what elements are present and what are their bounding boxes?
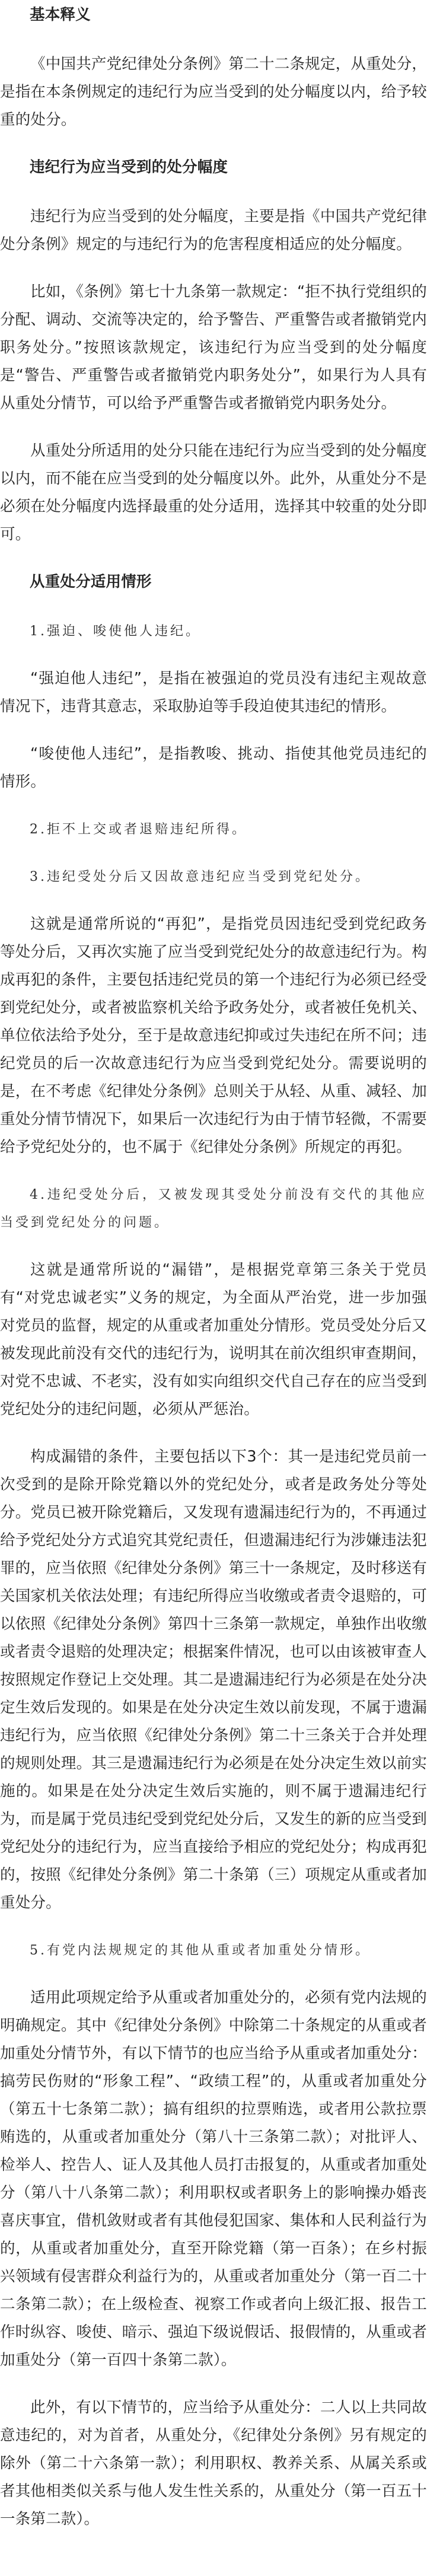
paragraph: 此外，有以下情节的，应当给予从重处分：二人以上共同故意违纪的，对为首者，从重处分… bbox=[0, 2394, 427, 2533]
numbered-item-3: 3.违纪受处分后又因故意违纪应当受到党纪处分。 bbox=[0, 863, 427, 891]
paragraph: “唆使他人违纪”，是指教唆、挑动、指使其他党员违纪的情形。 bbox=[0, 740, 427, 796]
paragraph: 这就是通常所说的“漏错”，是根据党章第三条关于党员有“对党忠诚老实”义务的规定，… bbox=[0, 1256, 427, 1424]
numbered-item-1: 1.强迫、唆使他人违纪。 bbox=[0, 617, 427, 645]
paragraph: 从重处分所适用的处分只能在违纪行为应当受到的处分幅度以内，而不能在应当受到的处分… bbox=[0, 437, 427, 549]
paragraph: 比如，《条例》第七十九条第一款规定：“拒不执行党组织的分配、调动、交流等决定的，… bbox=[0, 278, 427, 418]
paragraph: 这就是通常所说的“再犯”，是指党员因违纪受到党纪政务等处分后，又再次实施了应当受… bbox=[0, 910, 427, 1161]
paragraph: 构成漏错的条件，主要包括以下3个：其一是违纪党员前一次受到的是除开除党籍以外的党… bbox=[0, 1443, 427, 1917]
numbered-item-2: 2.拒不上交或者退赔违纪所得。 bbox=[0, 816, 427, 843]
section-heading-penalty-range: 违纪行为应当受到的处分幅度 bbox=[0, 154, 427, 182]
article: 基本释义 《中国共产党纪律处分条例》第二十二条规定，从重处分，是指在本条例规定的… bbox=[0, 1, 427, 2533]
paragraph: “强迫他人违纪”，是指在被强迫的党员没有违纪主观故意情况下，违背其意志，采取胁迫… bbox=[0, 665, 427, 721]
paragraph: 《中国共产党纪律处分条例》第二十二条规定，从重处分，是指在本条例规定的违纪行为应… bbox=[0, 50, 427, 134]
section-heading-applicable-situations: 从重处分适用情形 bbox=[0, 568, 427, 596]
numbered-item-4: 4.违纪受处分后，又被发现其受处分前没有交代的其他应当受到党纪处分的问题。 bbox=[0, 1181, 427, 1237]
numbered-item-5: 5.有党内法规规定的其他从重或者加重处分情形。 bbox=[0, 1937, 427, 1964]
paragraph: 适用此项规定给予从重或者加重处分的，必须有党内法规的明确规定。其中《纪律处分条例… bbox=[0, 1984, 427, 2374]
paragraph: 违纪行为应当受到的处分幅度，主要是指《中国共产党纪律处分条例》规定的与违纪行为的… bbox=[0, 203, 427, 259]
section-heading-basic-meaning: 基本释义 bbox=[0, 1, 427, 29]
